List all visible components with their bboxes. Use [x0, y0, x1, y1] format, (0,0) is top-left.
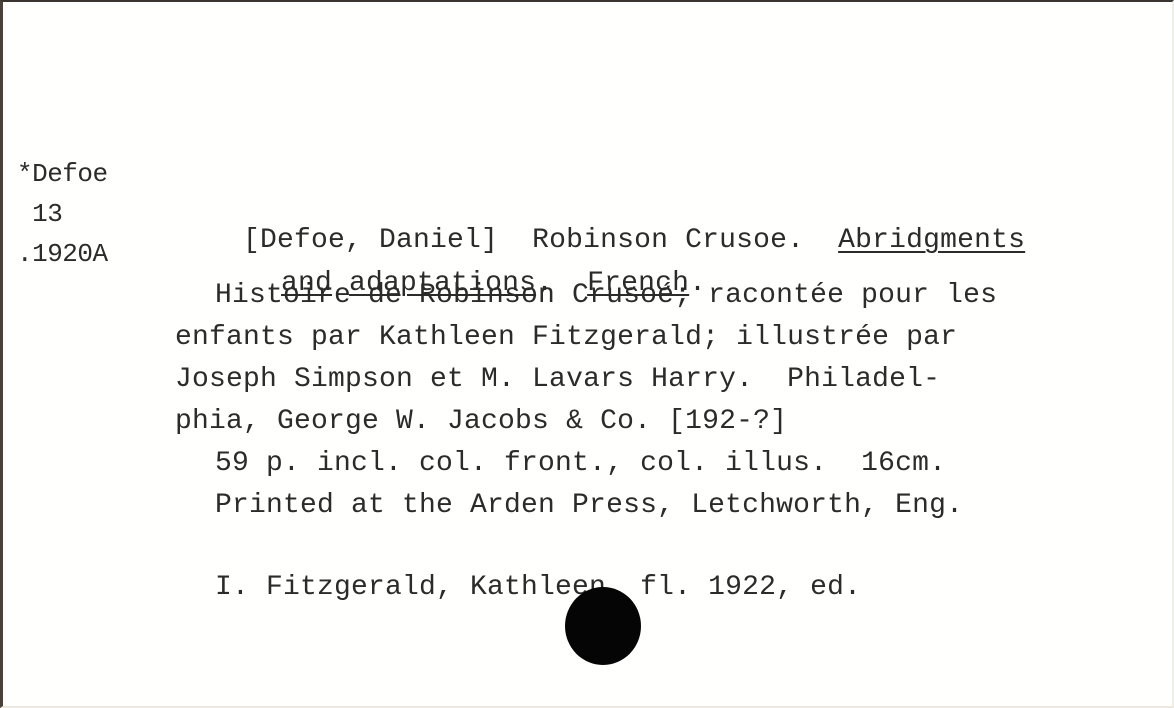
call-number-line-1: *Defoe: [17, 154, 108, 194]
title-line-1: Histoire de Robinson Crusoé; racontée po…: [215, 280, 997, 311]
tracing: I. Fitzgerald, Kathleen, fl. 1922, ed.: [215, 572, 861, 603]
call-number-line-3: .1920A: [17, 234, 108, 274]
title-line-3: Joseph Simpson et M. Lavars Harry. Phila…: [175, 364, 940, 395]
catalog-card: *Defoe 13 .1920A [Defoe, Daniel] Robinso…: [0, 0, 1174, 708]
collation: 59 p. incl. col. front., col. illus. 16c…: [215, 448, 946, 479]
call-number: *Defoe 13 .1920A: [17, 154, 108, 274]
title-line-2: enfants par Kathleen Fitzgerald; illustr…: [175, 322, 957, 353]
subject-heading-abridgments: Abridgments: [838, 225, 1025, 256]
note: Printed at the Arden Press, Letchworth, …: [215, 490, 963, 521]
call-number-line-2: 13: [17, 194, 108, 234]
title-line-4: phia, George W. Jacobs & Co. [192-?]: [175, 406, 787, 437]
punch-hole: [565, 587, 641, 665]
